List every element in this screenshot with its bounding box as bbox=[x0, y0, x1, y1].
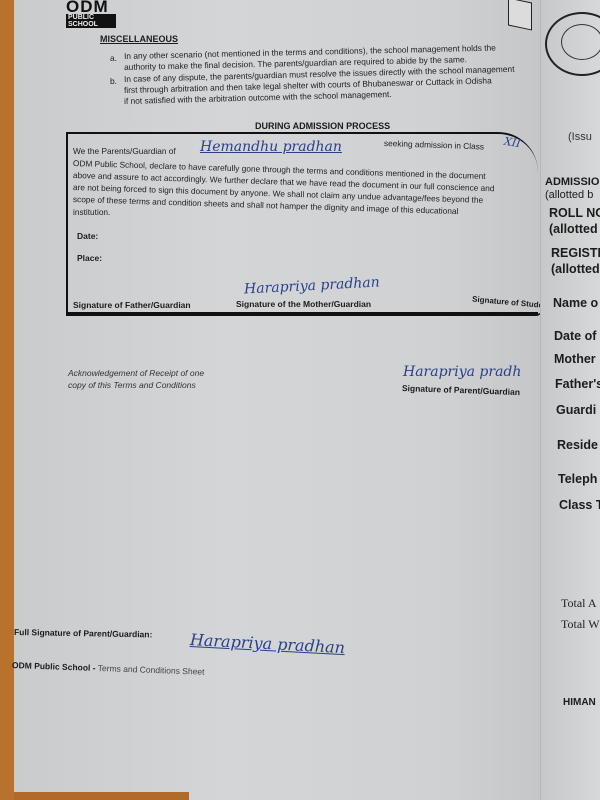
father-label: Father's bbox=[555, 377, 600, 391]
ack-line1: Acknowledgement of Receipt of one bbox=[68, 368, 204, 378]
misc-marker-a: a. bbox=[110, 53, 117, 63]
misc-marker-b: b. bbox=[110, 76, 117, 86]
mother-label: Mother bbox=[554, 352, 596, 366]
name-label: Name o bbox=[553, 296, 598, 310]
father-signature-label: Signature of Father/Guardian bbox=[73, 300, 191, 310]
mother-signature-label: Signature of the Mother/Guardian bbox=[236, 299, 371, 309]
residence-label: Reside bbox=[557, 438, 598, 452]
misc-title: MISCELLANEOUS bbox=[100, 34, 178, 44]
guardian-label: Guardi bbox=[556, 403, 596, 417]
logo-main: ODM bbox=[66, 0, 116, 13]
cbse-emblem-icon bbox=[545, 12, 600, 76]
school-logo: ODM PUBLIC SCHOOL bbox=[66, 0, 116, 31]
logo-sub: PUBLIC SCHOOL bbox=[66, 14, 116, 28]
declaration-prefix: We the Parents/Guardian of bbox=[73, 146, 176, 156]
admission-no-label: ADMISSIO bbox=[545, 176, 599, 188]
next-page: (Issu ADMISSIO (allotted b ROLL NO (allo… bbox=[540, 0, 600, 800]
roll-no-label: ROLL NO bbox=[549, 206, 600, 220]
total-a-label: Total A bbox=[561, 596, 597, 611]
ack-signature-handwritten: Harapriya pradh bbox=[403, 364, 521, 380]
telephone-label: Teleph bbox=[558, 472, 597, 486]
roll-no-sub: (allotted bbox=[549, 222, 598, 236]
registration-sub: (allotted bbox=[551, 262, 600, 276]
issue-label: (Issu bbox=[568, 131, 592, 143]
student-name-handwritten: Hemandhu pradhan bbox=[200, 139, 342, 155]
date-label: Date: bbox=[77, 231, 98, 241]
total-w-label: Total W bbox=[561, 617, 600, 632]
box-bottom-rule bbox=[66, 310, 542, 316]
terms-page bbox=[14, 0, 544, 800]
declaration-line5: institution. bbox=[73, 207, 110, 217]
place-label: Place: bbox=[77, 253, 102, 263]
class-handwritten: XII bbox=[503, 135, 522, 151]
himan-label: HIMAN bbox=[563, 697, 596, 708]
admission-no-sub: (allotted b bbox=[545, 189, 593, 201]
registration-label: REGISTR bbox=[551, 246, 600, 260]
admission-title: DURING ADMISSION PROCESS bbox=[255, 121, 390, 131]
dob-label: Date of bbox=[554, 329, 596, 343]
desk-edge bbox=[14, 792, 189, 800]
class-teacher-label: Class T bbox=[559, 498, 600, 512]
page-corner-mark bbox=[508, 0, 532, 31]
ack-line2: copy of this Terms and Conditions bbox=[68, 380, 196, 390]
